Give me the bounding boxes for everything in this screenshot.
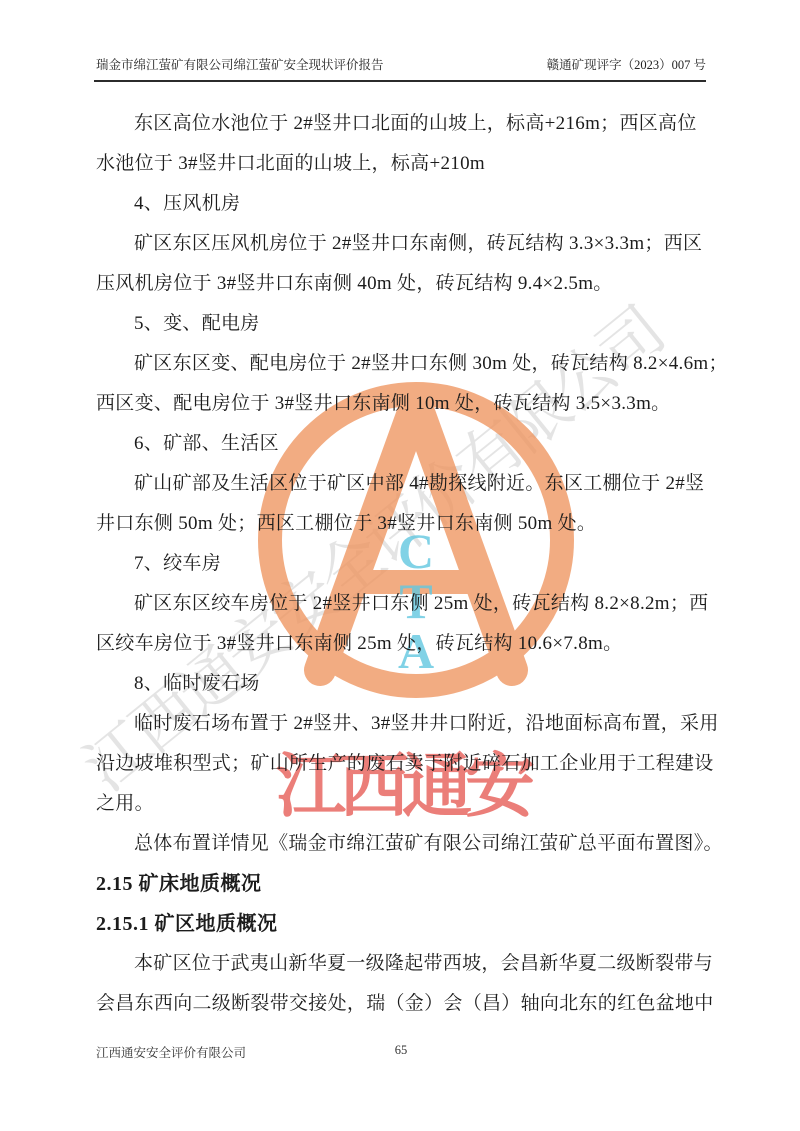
body-line-1: 东区高位水池位于 2#竖井口北面的山坡上，标高+216m；西区高位: [96, 104, 708, 144]
body-line-23: 会昌东西向二级断裂带交接处，瑞（金）会（昌）轴向北东的红色盆地中: [96, 984, 708, 1024]
page-footer: 江西通安安全评价有限公司 65: [96, 1043, 706, 1061]
body-line-17: 沿边坡堆积型式；矿山所生产的废石卖于附近碎石加工企业用于工程建设: [96, 744, 708, 784]
header-report-title: 瑞金市绵江萤矿有限公司绵江萤矿安全现状评价报告: [96, 55, 384, 73]
body-line-14: 区绞车房位于 3#竖井口东南侧 25m 处，砖瓦结构 10.6×7.8m。: [96, 624, 708, 664]
document-page: 江西通安安全评价有限公司 C T A 江西通安 瑞金市绵江萤矿有限公司绵江萤矿安…: [0, 0, 800, 1131]
page-content: 瑞金市绵江萤矿有限公司绵江萤矿安全现状评价报告 赣通矿现评字（2023）007 …: [0, 0, 800, 1131]
body-line-22: 本矿区位于武夷山新华夏一级隆起带西坡，会昌新华夏二级断裂带与: [96, 944, 708, 984]
header-doc-number: 赣通矿现评字（2023）007 号: [547, 55, 706, 73]
body-line-13: 矿区东区绞车房位于 2#竖井口东侧 25m 处，砖瓦结构 8.2×8.2m；西: [96, 584, 708, 624]
body-line-4: 矿区东区压风机房位于 2#竖井口东南侧，砖瓦结构 3.3×3.3m；西区: [96, 224, 708, 264]
body-lines: 东区高位水池位于 2#竖井口北面的山坡上，标高+216m；西区高位水池位于 3#…: [96, 104, 708, 1024]
body-line-16: 临时废石场布置于 2#竖井、3#竖井井口附近，沿地面标高布置，采用: [96, 704, 708, 744]
body-line-19: 总体布置详情见《瑞金市绵江萤矿有限公司绵江萤矿总平面布置图》。: [96, 824, 708, 864]
body-line-3: 4、压风机房: [96, 184, 708, 224]
header-rule: [94, 80, 706, 82]
page-header: 瑞金市绵江萤矿有限公司绵江萤矿安全现状评价报告 赣通矿现评字（2023）007 …: [96, 55, 706, 73]
body-line-10: 矿山矿部及生活区位于矿区中部 4#勘探线附近。东区工棚位于 2#竖: [96, 464, 708, 504]
body-line-12: 7、绞车房: [96, 544, 708, 584]
body-line-15: 8、临时废石场: [96, 664, 708, 704]
body-line-7: 矿区东区变、配电房位于 2#竖井口东侧 30m 处，砖瓦结构 8.2×4.6m；: [96, 344, 708, 384]
footer-page-number: 65: [96, 1043, 706, 1058]
body-line-8: 西区变、配电房位于 3#竖井口东南侧 10m 处，砖瓦结构 3.5×3.3m。: [96, 384, 708, 424]
body-line-9: 6、矿部、生活区: [96, 424, 708, 464]
body-line-20: 2.15 矿床地质概况: [96, 864, 708, 904]
body-line-21: 2.15.1 矿区地质概况: [96, 904, 708, 944]
body-line-2: 水池位于 3#竖井口北面的山坡上，标高+210m: [96, 144, 708, 184]
body-line-5: 压风机房位于 3#竖井口东南侧 40m 处，砖瓦结构 9.4×2.5m。: [96, 264, 708, 304]
body-line-11: 井口东侧 50m 处；西区工棚位于 3#竖井口东南侧 50m 处。: [96, 504, 708, 544]
body-line-18: 之用。: [96, 784, 708, 824]
body-line-6: 5、变、配电房: [96, 304, 708, 344]
